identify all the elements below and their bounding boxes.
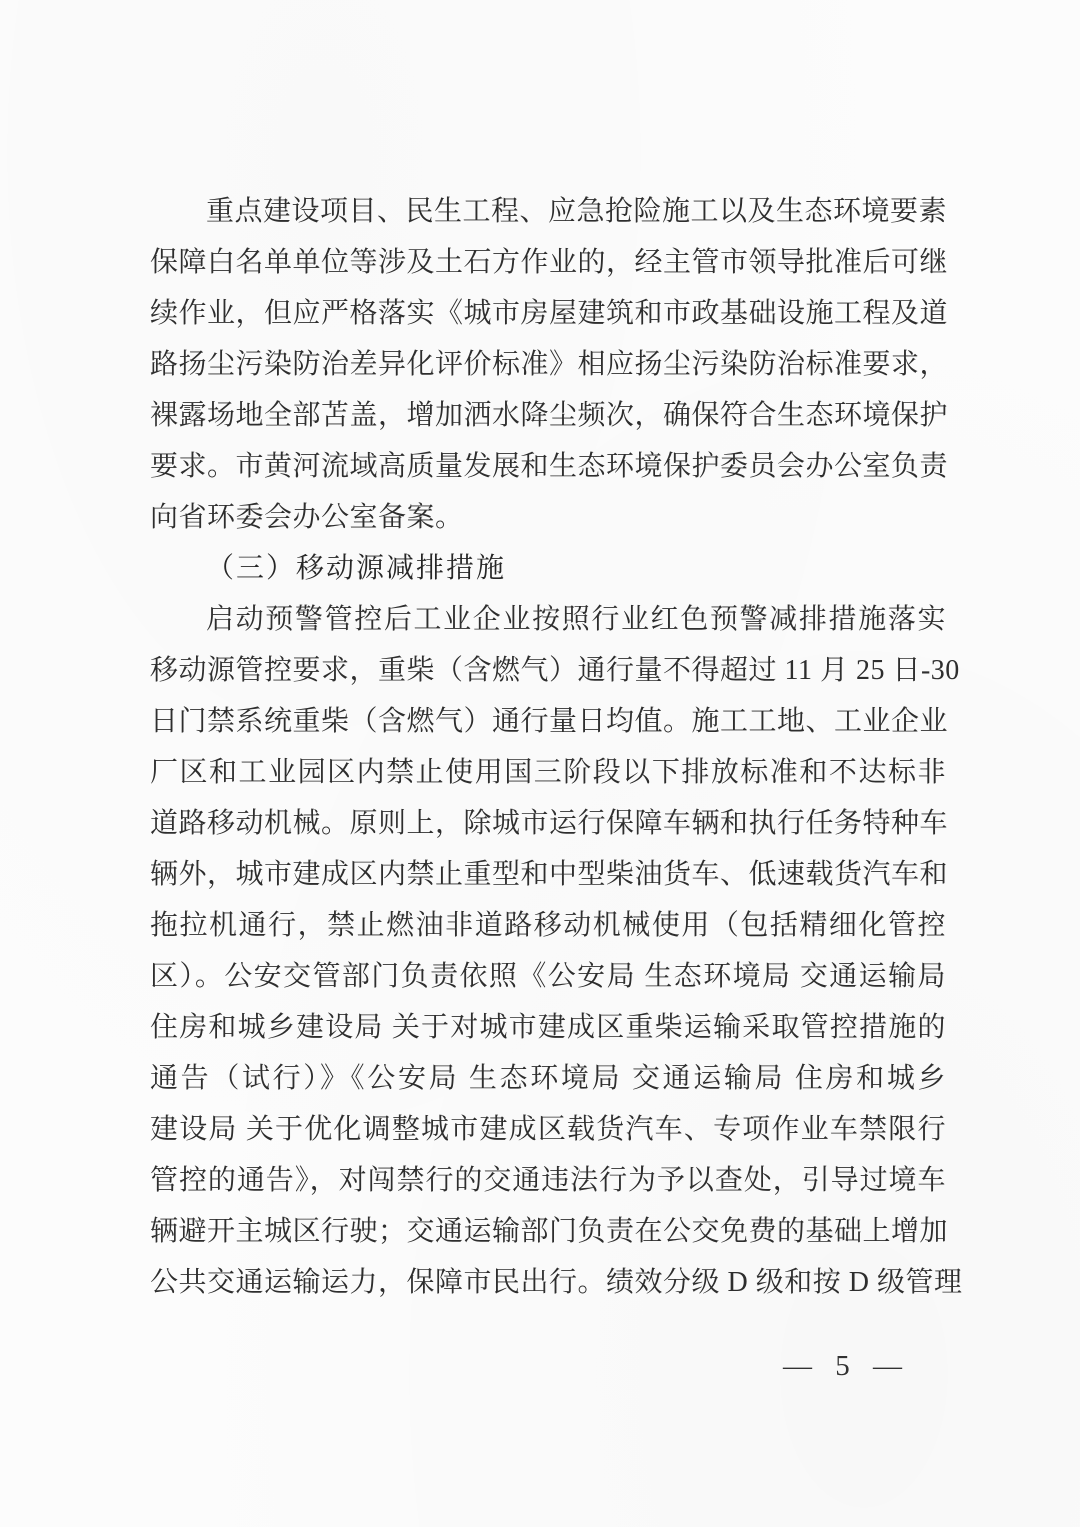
- text-line: 辆避开主城区行驶；交通运输部门负责在公交免费的基础上增加: [150, 1206, 946, 1257]
- document-page: 重点建设项目、民生工程、应急抢险施工以及生态环境要素保障白名单单位等涉及土石方作…: [0, 0, 1080, 1527]
- text-line: 移动源管控要求，重柴（含燃气）通行量不得超过 11 月 25 日-30: [150, 645, 946, 696]
- text-line: 向省环委会办公室备案。: [150, 492, 946, 543]
- text-line: 区）。公安交管部门负责依照《公安局 生态环境局 交通运输局: [150, 951, 946, 1002]
- text-line: 公共交通运输运力，保障市民出行。绩效分级 D 级和按 D 级管理: [150, 1257, 946, 1308]
- text-line: 管控的通告》，对闯禁行的交通违法行为予以查处，引导过境车: [150, 1155, 946, 1206]
- text-line: 保障白名单单位等涉及土石方作业的，经主管市领导批准后可继: [150, 237, 946, 288]
- text-line: 通告（试行）》《公安局 生态环境局 交通运输局 住房和城乡: [150, 1053, 946, 1104]
- text-line: 建设局 关于优化调整城市建成区载货汽车、专项作业车禁限行: [150, 1104, 946, 1155]
- page-number: — 5 —: [783, 1350, 910, 1383]
- text-line: 道路移动机械。原则上，除城市运行保障车辆和执行任务特种车: [150, 798, 946, 849]
- text-line: 要求。市黄河流域高质量发展和生态环境保护委员会办公室负责: [150, 441, 946, 492]
- text-line: 裸露场地全部苫盖，增加洒水降尘频次，确保符合生态环境保护: [150, 390, 946, 441]
- document-lines: 重点建设项目、民生工程、应急抢险施工以及生态环境要素保障白名单单位等涉及土石方作…: [150, 186, 946, 1308]
- text-line: 厂区和工业园区内禁止使用国三阶段以下排放标准和不达标非: [150, 747, 946, 798]
- text-line: 重点建设项目、民生工程、应急抢险施工以及生态环境要素: [150, 186, 946, 237]
- text-line: 辆外，城市建成区内禁止重型和中型柴油货车、低速载货汽车和: [150, 849, 946, 900]
- text-line: 启动预警管控后工业企业按照行业红色预警减排措施落实: [150, 594, 946, 645]
- text-line: 住房和城乡建设局 关于对城市建成区重柴运输采取管控措施的: [150, 1002, 946, 1053]
- text-line: 续作业，但应严格落实《城市房屋建筑和市政基础设施工程及道: [150, 288, 946, 339]
- text-line: 路扬尘污染防治差异化评价标准》相应扬尘污染防治标准要求，: [150, 339, 946, 390]
- section-heading: （三）移动源减排措施: [150, 543, 946, 594]
- text-line: 拖拉机通行，禁止燃油非道路移动机械使用（包括精细化管控: [150, 900, 946, 951]
- text-line: 日门禁系统重柴（含燃气）通行量日均值。施工工地、工业企业: [150, 696, 946, 747]
